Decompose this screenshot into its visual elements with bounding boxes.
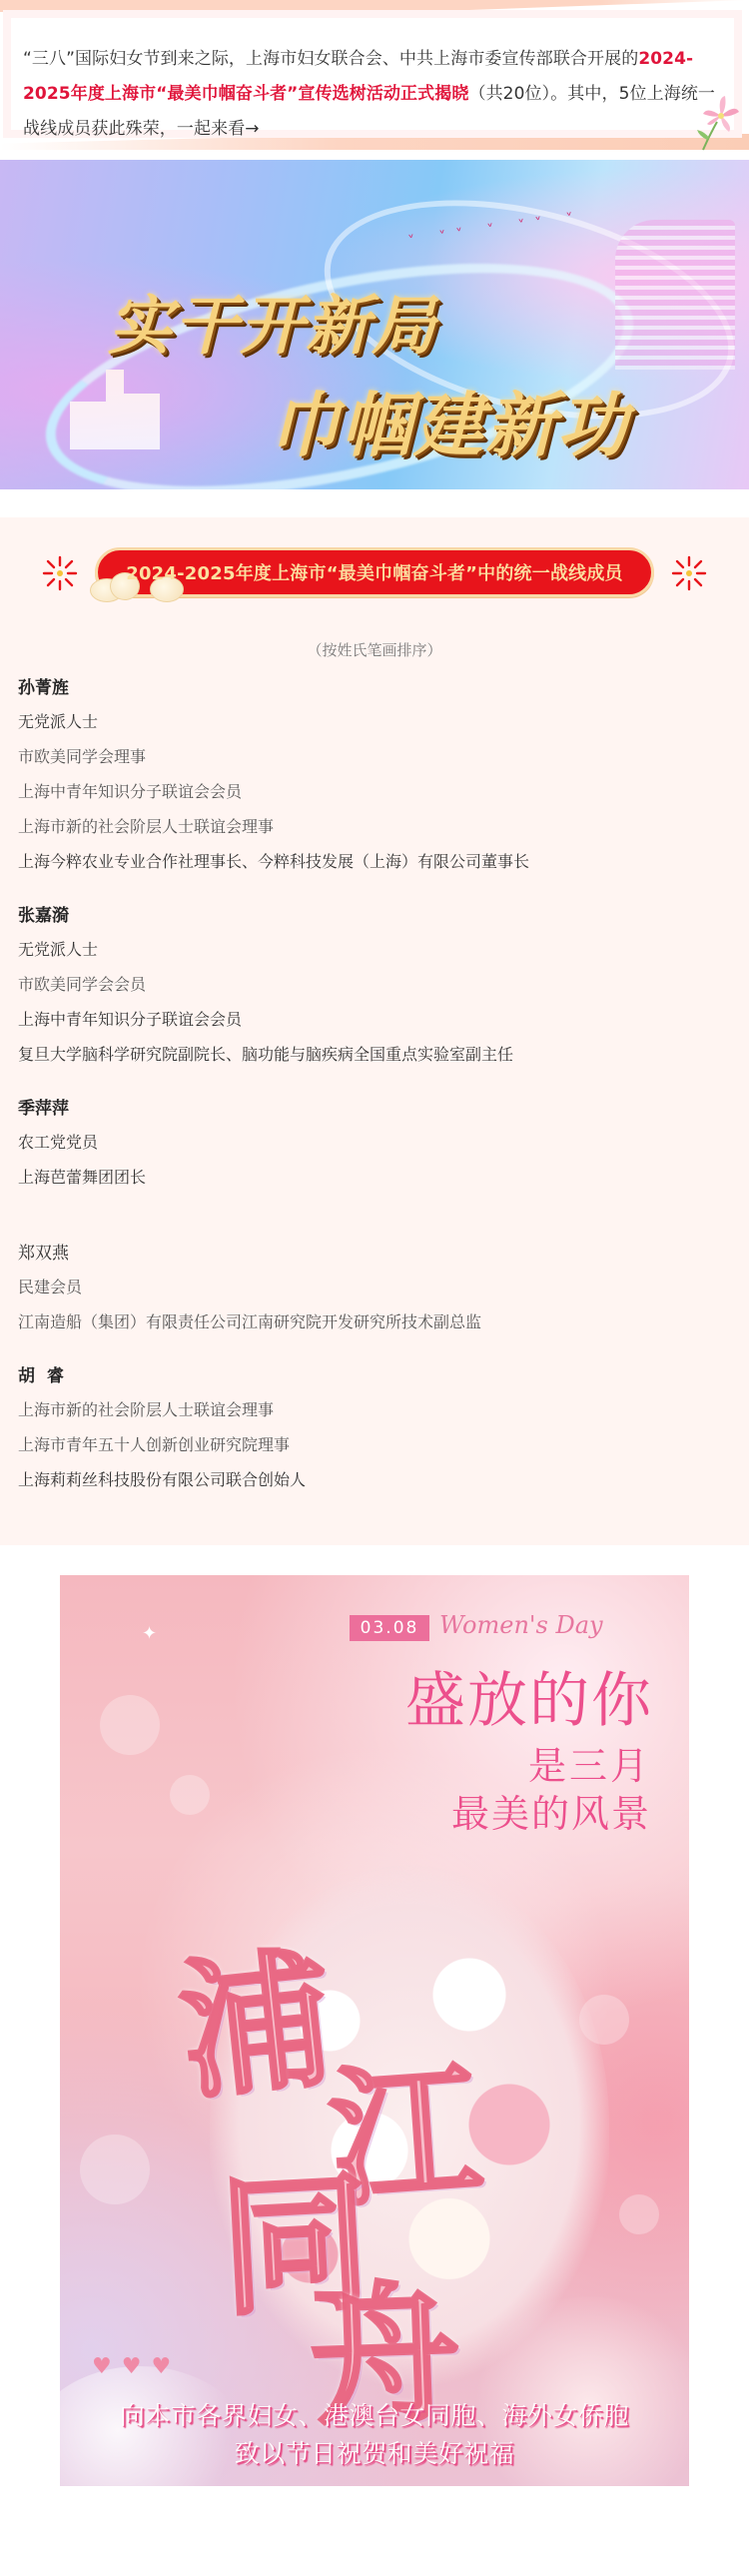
member-name: 张嘉漪 [18, 904, 731, 928]
member-affiliation: 上海市新的社会阶层人士联谊会理事 [18, 1398, 731, 1422]
sparkle-icon: ✦ [142, 1623, 157, 1644]
member-name: 孙菁旌 [18, 676, 731, 700]
bokeh-decoration [100, 1695, 160, 1755]
bokeh-decoration [619, 2194, 659, 2234]
banner-title-line2: 巾帼建新功 [270, 370, 629, 470]
member-title: 复旦大学脑科学研究院副院长、脑功能与脑疾病全国重点实验室副主任 [18, 1043, 731, 1067]
member-affiliation: 市欧美同学会理事 [18, 745, 731, 769]
womens-day-poster-image: ✦ 03.08 Women's Day 盛放的你 是三月 最美的风景 浦 江 同… [60, 1575, 689, 2486]
poster-headline: 盛放的你 [405, 1653, 653, 1739]
poster-subline-2: 最美的风景 [451, 1783, 651, 1838]
womens-day-script: Women's Day [439, 1611, 603, 1639]
glass-character: 浦 [169, 1898, 341, 2128]
member-affiliation: 民建会员 [18, 1276, 731, 1299]
member-name: 胡 睿 [18, 1364, 731, 1388]
member-title: 上海今粹农业专业合作社理事长、今粹科技发展（上海）有限公司董事长 [18, 850, 731, 874]
member-title: 上海芭蕾舞团团长 [18, 1166, 731, 1190]
member-entry: 季萍萍 农工党党员 上海芭蕾舞团团长 [18, 1097, 731, 1190]
firework-icon [42, 555, 78, 591]
member-affiliation: 市欧美同学会会员 [18, 973, 731, 997]
banner-title-line1: 实干开新局 [108, 275, 437, 367]
member-affiliation: 无党派人士 [18, 938, 731, 962]
member-name: 郑双燕 [18, 1242, 731, 1266]
poster-subline-1: 是三月 [528, 1735, 651, 1790]
intro-section: “三八”国际妇女节到来之际，上海市妇女联合会、中共上海市委宣传部联合开展的202… [0, 0, 749, 150]
section-title-pill: 2024-2025年度上海市“最美巾帼奋斗者”中的统一战线成员 [95, 547, 654, 597]
poster-greeting-line-1: 向本市各界妇女、港澳台女同胞、海外女侨胞 [60, 2396, 689, 2432]
member-affiliation: 上海市新的社会阶层人士联谊会理事 [18, 815, 731, 839]
member-entry: 孙菁旌 无党派人士 市欧美同学会理事 上海中青年知识分子联谊会会员 上海市新的社… [18, 676, 731, 874]
poster-section: ✦ 03.08 Women's Day 盛放的你 是三月 最美的风景 浦 江 同… [0, 1545, 749, 2514]
member-affiliation: 无党派人士 [18, 710, 731, 734]
member-entry: 郑双燕 民建会员 江南造船（集团）有限责任公司江南研究院开发研究所技术副总监 [18, 1242, 731, 1334]
hearts-icon: ♥♥♥ [92, 2354, 181, 2379]
intro-paragraph: “三八”国际妇女节到来之际，上海市妇女联合会、中共上海市委宣传部联合开展的202… [23, 42, 724, 147]
member-name: 季萍萍 [18, 1097, 731, 1121]
hero-banner-image: ˅ ˅˅ ˅ ˅˅ ˅ 实干开新局 巾帼建新功 [0, 160, 749, 489]
firework-icon [671, 555, 707, 591]
member-title: 江南造船（集团）有限责任公司江南研究院开发研究所技术副总监 [18, 1310, 731, 1334]
date-tag: 03.08 [350, 1615, 429, 1641]
bokeh-decoration [80, 2135, 150, 2204]
poster-greeting-line-2: 致以节日祝贺和美好祝福 [60, 2434, 689, 2470]
section-header: 2024-2025年度上海市“最美巾帼奋斗者”中的统一战线成员 [18, 547, 731, 597]
member-entry: 胡 睿 上海市新的社会阶层人士联谊会理事 上海市青年五十人创新创业研究院理事 上… [18, 1364, 731, 1492]
member-affiliation: 农工党党员 [18, 1131, 731, 1155]
intro-text-before: “三八”国际妇女节到来之际，上海市妇女联合会、中共上海市委宣传部联合开展的 [23, 49, 638, 69]
intro-card: “三八”国际妇女节到来之际，上海市妇女联合会、中共上海市委宣传部联合开展的202… [3, 10, 742, 138]
lily-flower-icon [691, 96, 741, 152]
member-affiliation: 上海中青年知识分子联谊会会员 [18, 780, 731, 804]
members-section: 2024-2025年度上海市“最美巾帼奋斗者”中的统一战线成员 （按姓氏笔画排序… [0, 517, 749, 1545]
building-illustration [615, 220, 735, 370]
bokeh-decoration [170, 1775, 210, 1815]
member-entry: 张嘉漪 无党派人士 市欧美同学会会员 上海中青年知识分子联谊会会员 复旦大学脑科… [18, 904, 731, 1067]
member-affiliation: 上海市青年五十人创新创业研究院理事 [18, 1433, 731, 1457]
sort-note: （按姓氏笔画排序） [18, 639, 731, 660]
member-affiliation: 上海中青年知识分子联谊会会员 [18, 1008, 731, 1032]
section-title: 2024-2025年度上海市“最美巾帼奋斗者”中的统一战线成员 [126, 559, 623, 585]
member-title: 上海莉莉丝科技股份有限公司联合创始人 [18, 1468, 731, 1492]
intro-card-inner: “三八”国际妇女节到来之际，上海市妇女联合会、中共上海市委宣传部联合开展的202… [11, 18, 734, 130]
